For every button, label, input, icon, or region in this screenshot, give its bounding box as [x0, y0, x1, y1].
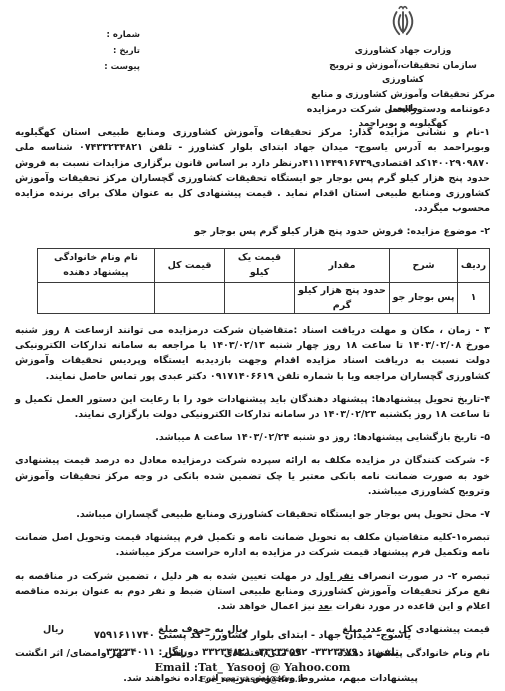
note-1: تبصره۱-کلیه متقاضیان مکلف به تحویل ضمانت…	[15, 530, 490, 560]
bid-items-table: ردیف شرح مقدار قیمت یک کیلو قیمت کل نام …	[37, 248, 490, 314]
cell-bidder-name	[38, 282, 155, 313]
document-body: دعوتنامه ودستورالعمل شرکت درمزایده ۱-نام…	[0, 102, 505, 686]
section-1-bidder-name-address: ۱-نام و نشانی مزایده گذار: مرکز تحقیقات …	[15, 125, 490, 216]
footer-email-ifro: Ece_res_yasooj@ifro.ir	[0, 675, 505, 686]
col-header-row-number: ردیف	[458, 248, 490, 282]
org-line-center: مرکز تحقیقات وآموزش کشاورزی و منابع طبیع…	[307, 88, 499, 117]
org-line-ministry: وزارت جهاد کشاورزی	[307, 44, 499, 59]
date-field-label: تاریخ :	[84, 43, 140, 59]
footer-email-yahoo: Email :Tat_ Yasooj @ Yahoo.com	[0, 661, 505, 675]
footer-phones: تلفن : ۳۳۲۳۴۷۹۰- ۳۳۲۳۴۵۹۲- ۳۳۲۳۴۸۲۱ دورن…	[0, 645, 505, 662]
attachment-field-label: پیوست :	[84, 59, 140, 75]
iran-emblem-icon	[384, 3, 422, 41]
col-header-total-price: قیمت کل	[155, 248, 225, 282]
number-field-label: شماره :	[84, 27, 140, 43]
table-header-row: ردیف شرح مقدار قیمت یک کیلو قیمت کل نام …	[38, 248, 490, 282]
col-header-description: شرح	[390, 248, 458, 282]
section-4-submission-date: ۴-تاریخ تحویل پیشنهادها: پیشنهاد دهندگان…	[15, 392, 490, 422]
col-header-quantity: مقدار	[295, 248, 390, 282]
cell-description: پس بوجار جو	[390, 282, 458, 313]
document-footer: یاسوج- میدان جهاد - ابتدای بلوار کشاورز–…	[0, 628, 505, 686]
letterhead-meta-fields: شماره : تاریخ : پیوست :	[84, 27, 140, 75]
section-5-opening-date: ۵- تاریخ بازگشایی پیشنهادها: روز دو شنبه…	[15, 430, 490, 445]
letterhead: شماره : تاریخ : پیوست : وزارت جهاد کشاور…	[0, 0, 505, 102]
org-line-province: کهگیلویه و بویراحمد	[307, 117, 499, 132]
table-row: ۱ پس بوجار جو حدود پنج هزار کیلو گرم	[38, 282, 490, 313]
note-2-underlined-first-person: نفر اول	[316, 571, 354, 582]
section-7-delivery-location: ۷- محل تحویل پس بوجار جو ایستگاه تحقیقات…	[15, 507, 490, 522]
col-header-bidder-name: نام ونام خانوادگی پیشنهاد دهنده	[38, 248, 155, 282]
cell-total-price	[155, 282, 225, 313]
cell-quantity: حدود پنج هزار کیلو گرم	[295, 282, 390, 313]
note-2-text-c: نیز اعمال خواهد شد.	[217, 601, 318, 612]
col-header-price-per-kilo: قیمت یک کیلو	[225, 248, 295, 282]
section-6-deposit-requirement: ۶- شرکت کنندگان در مزایده مکلف به ارائه …	[15, 453, 490, 499]
document-page: شماره : تاریخ : پیوست : وزارت جهاد کشاور…	[0, 0, 505, 691]
cell-price-per-kilo	[225, 282, 295, 313]
footer-address: یاسوج- میدان جهاد - ابتدای بلوار کشاورز–…	[0, 628, 505, 645]
note-2: تبصره ۲- در صورت انصراف نفر اول در مهلت …	[15, 569, 490, 615]
section-3-documents-deadline: ۳ - زمان ، مکان و مهلت دریافت اسناد :متق…	[15, 323, 490, 384]
organization-block: وزارت جهاد کشاورزی سازمان تحقیقات،آموزش …	[307, 3, 499, 131]
org-line-organization: سازمان تحقیقات،آموزش و ترویج کشاورزی	[307, 59, 499, 88]
note-2-underlined-next: بعد	[318, 601, 332, 612]
note-2-text-a: تبصره ۲- در صورت انصراف	[354, 571, 490, 582]
section-2-auction-subject: ۲- موضوع مزایده: فروش حدود پنج هزار کیلو…	[15, 224, 490, 239]
cell-row-number: ۱	[458, 282, 490, 313]
